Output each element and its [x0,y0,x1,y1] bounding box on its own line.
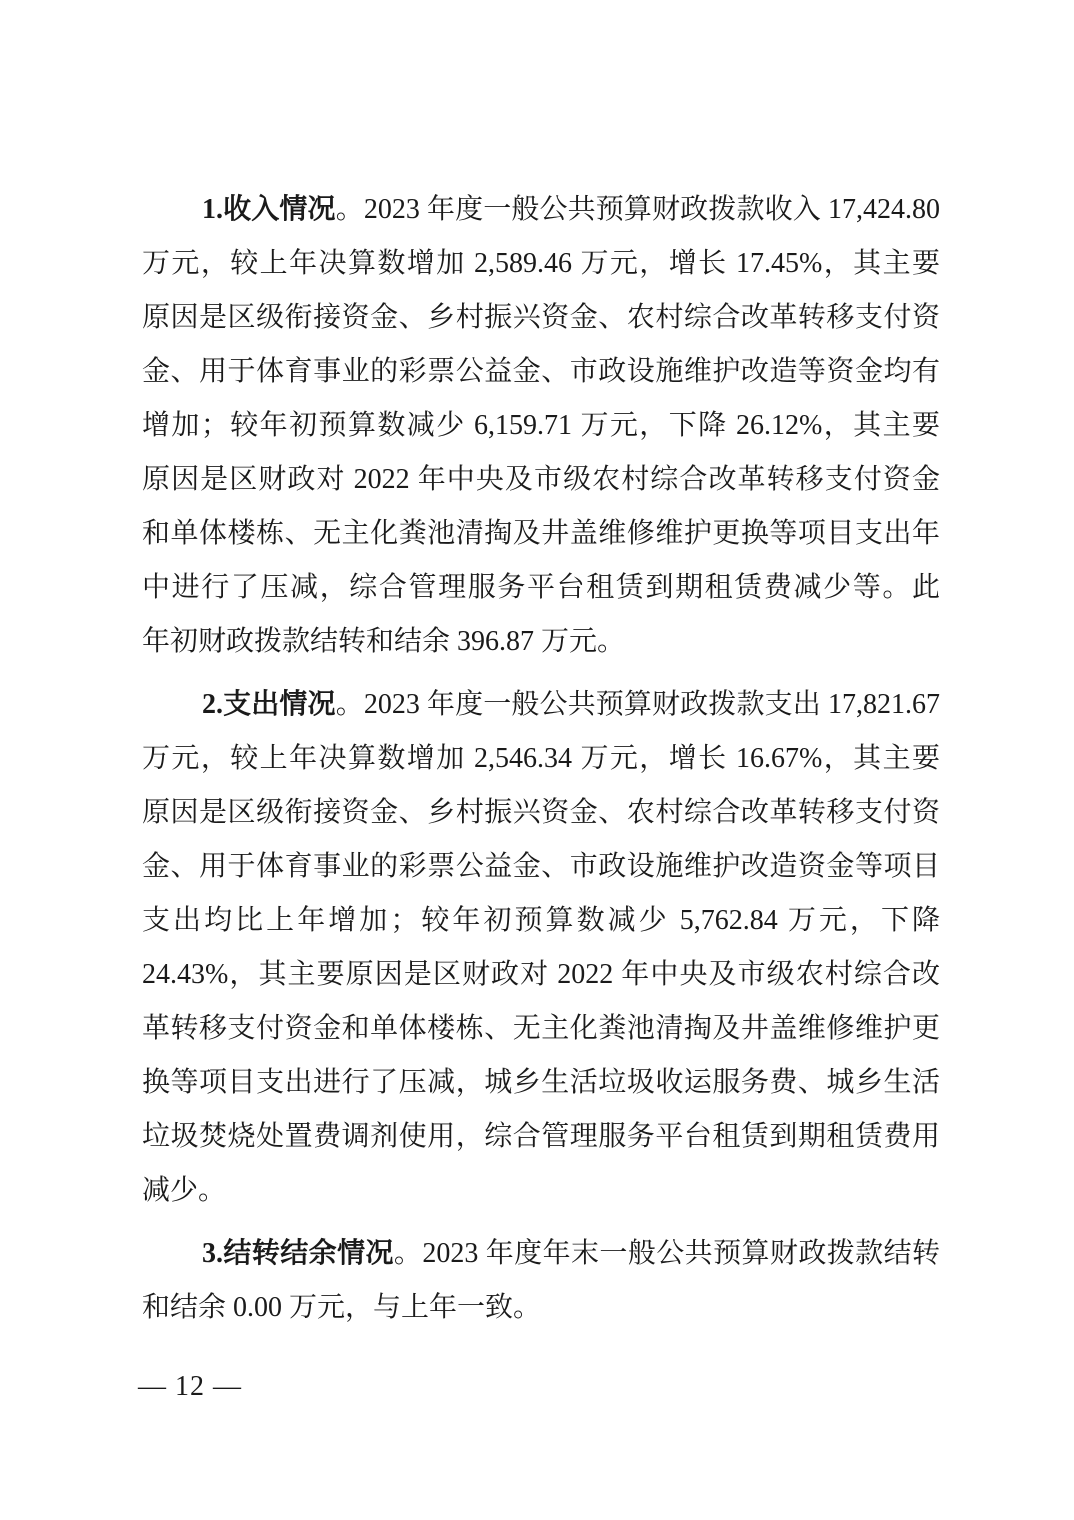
text-line: 年初财政拨款结转和结余 396.87 万元。 [142,615,940,669]
text-run: 。2023 年度一般公共预算财政拨款支出 17,821.67 [336,689,940,720]
text-line: 金、用于体育事业的彩票公益金、市政设施维护改造资金等项目 [142,840,940,894]
text-line: 2.支出情况。2023 年度一般公共预算财政拨款支出 17,821.67 [142,678,940,732]
text-run: 。2023 年度一般公共预算财政拨款收入 17,424.80 [336,194,940,225]
text-line: 万元，较上年决算数增加 2,546.34 万元，增长 16.67%，其主要 [142,732,940,786]
text-line: 原因是区级衔接资金、乡村振兴资金、农村综合改革转移支付资 [142,291,940,345]
document-page: 1.收入情况。2023 年度一般公共预算财政拨款收入 17,424.80 万元，… [0,0,1074,1520]
text-line: 换等项目支出进行了压减，城乡生活垃圾收运服务费、城乡生活 [142,1056,940,1110]
paragraph-income: 1.收入情况。2023 年度一般公共预算财政拨款收入 17,424.80 万元，… [142,183,940,669]
paragraph-heading: 3.结转结余情况 [202,1238,394,1269]
text-line: 原因是区财政对 2022 年中央及市级农村综合改革转移支付资金 [142,453,940,507]
paragraph-expenditure: 2.支出情况。2023 年度一般公共预算财政拨款支出 17,821.67 万元，… [142,678,940,1218]
page-number: — 12 — [138,1360,242,1414]
text-line: 金、用于体育事业的彩票公益金、市政设施维护改造等资金均有 [142,345,940,399]
paragraph-heading: 2.支出情况 [202,689,336,720]
text-run: 。2023 年度年末一般公共预算财政拨款结转 [394,1238,940,1269]
text-line: 减少。 [142,1164,940,1218]
text-line: 万元，较上年决算数增加 2,589.46 万元，增长 17.45%，其主要 [142,237,940,291]
paragraph-heading: 1.收入情况 [202,194,336,225]
text-line: 和结余 0.00 万元，与上年一致。 [142,1281,940,1335]
text-line: 中进行了压减，综合管理服务平台租赁到期租赁费减少等。此外， [142,561,940,615]
text-line: 和单体楼栋、无主化粪池清掏及井盖维修维护更换等项目支出年 [142,507,940,561]
text-line: 原因是区级衔接资金、乡村振兴资金、农村综合改革转移支付资 [142,786,940,840]
text-line: 3.结转结余情况。2023 年度年末一般公共预算财政拨款结转 [142,1227,940,1281]
text-line: 24.43%，其主要原因是区财政对 2022 年中央及市级农村综合改 [142,948,940,1002]
text-line: 1.收入情况。2023 年度一般公共预算财政拨款收入 17,424.80 [142,183,940,237]
paragraph-carryover: 3.结转结余情况。2023 年度年末一般公共预算财政拨款结转 和结余 0.00 … [142,1227,940,1335]
text-line: 垃圾焚烧处置费调剂使用，综合管理服务平台租赁到期租赁费用 [142,1110,940,1164]
text-line: 增加；较年初预算数减少 6,159.71 万元，下降 26.12%，其主要 [142,399,940,453]
text-line: 支出均比上年增加；较年初预算数减少 5,762.84 万元，下降 [142,894,940,948]
text-block: 1.收入情况。2023 年度一般公共预算财政拨款收入 17,424.80 万元，… [142,183,940,1335]
text-line: 革转移支付资金和单体楼栋、无主化粪池清掏及井盖维修维护更 [142,1002,940,1056]
